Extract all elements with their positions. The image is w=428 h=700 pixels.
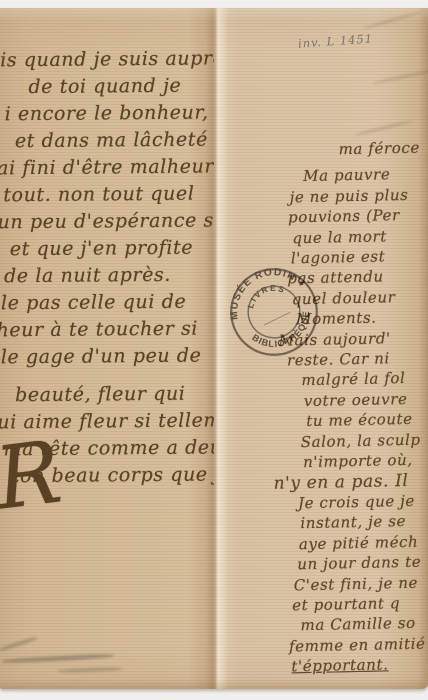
- handwriting-line: tu me écoute: [306, 409, 426, 432]
- ink-smudge: [0, 636, 38, 652]
- ink-showthrough: [363, 10, 424, 31]
- letter-paper: is quand je suis auprès de toi quand je …: [0, 8, 428, 689]
- handwriting-line: que la mort: [292, 225, 422, 248]
- handwriting-line: un jour dans te: [297, 552, 428, 575]
- handwriting-line: un peu d'espérance si peu: [0, 207, 214, 237]
- handwriting-line: de la nuit après.: [4, 261, 214, 291]
- handwriting-line: tout. non tout quel: [3, 180, 214, 210]
- handwriting-line: n'importe où,: [303, 450, 427, 473]
- letter-left-page: is quand je suis auprès de toi quand je …: [0, 8, 214, 689]
- photograph-of-letter: { "document": { "type": "handwritten let…: [0, 0, 428, 700]
- handwriting-line: Je crois que je: [298, 490, 428, 513]
- left-page-text: is quand je suis auprès de toi quand je …: [0, 45, 214, 491]
- handwriting-line: quel douleur: [292, 286, 424, 309]
- handwriting-line: instant, je se: [300, 511, 428, 534]
- handwriting-line: heur à te toucher si: [0, 315, 214, 345]
- handwriting-line: et que j'en profite: [10, 234, 214, 263]
- handwriting-line: aye pitié méch: [299, 531, 428, 554]
- handwriting-line: et dans ma lâcheté: [15, 126, 214, 155]
- handwriting-line: je ne puis plus: [289, 184, 421, 207]
- handwriting-line: is quand je suis auprès: [0, 45, 214, 75]
- ink-showthrough: [354, 119, 413, 137]
- inventory-annotation: inv. L 1451: [298, 31, 374, 50]
- handwriting-line: l'agonie est: [291, 246, 423, 269]
- handwriting-line: t'épportant.: [291, 654, 428, 677]
- right-page-text: ma féroce Ma pauvre je ne puis plus pouv…: [280, 138, 428, 677]
- ink-showthrough: [372, 67, 428, 85]
- ink-smudge: [58, 667, 122, 673]
- handwriting-line: pouvions (Per: [288, 205, 422, 228]
- handwriting-line: beauté, fleur qui: [15, 380, 214, 409]
- handwriting-line: Salon, la sculp: [301, 429, 427, 452]
- handwriting-line: reste. Car ni: [287, 348, 425, 371]
- handwriting-line: ai fini d'être malheureux: [0, 153, 214, 183]
- handwriting-line: lle pas celle qui de: [0, 288, 214, 318]
- letter-right-page: inv. L 1451 ma féroce Ma pauvre je ne pu…: [214, 8, 428, 689]
- handwriting-line: C'est fini, je ne: [293, 572, 428, 595]
- ink-smudge: [2, 653, 114, 664]
- handwriting-line: de toi quand je: [28, 72, 214, 101]
- handwriting-line: ma féroce: [338, 138, 420, 160]
- handwriting-line: le gage d'un peu de: [1, 342, 214, 372]
- handwriting-line: i encore le bonheur,: [5, 99, 214, 129]
- handwriting-line: Moments.: [296, 307, 424, 330]
- handwriting-line: votre oeuvre: [304, 388, 426, 411]
- handwriting-line: ma Camille so: [300, 613, 428, 636]
- handwriting-line: pas attendu: [287, 266, 423, 289]
- handwriting-line: Ma pauvre: [303, 164, 421, 187]
- handwriting-line: femme en amitié: [289, 633, 428, 656]
- handwriting-line: malgré la fol: [301, 368, 425, 391]
- handwriting-line: et pourtant q: [292, 592, 428, 615]
- signature-flourish: R: [0, 422, 67, 529]
